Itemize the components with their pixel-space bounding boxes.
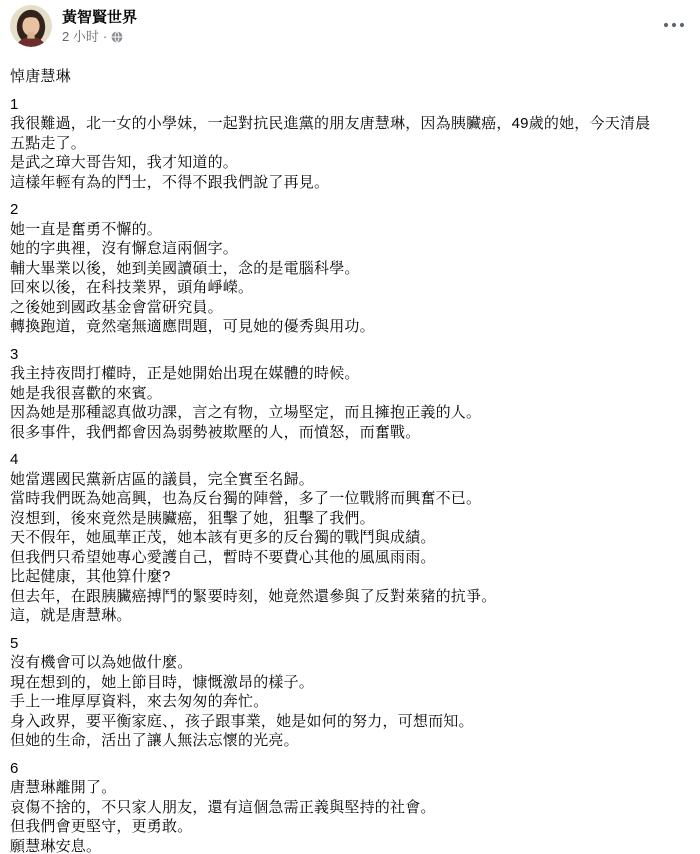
post-content: 悼唐慧琳 1 我很難過，北一女的小學妹，一起對抗民進黨的朋友唐慧琳，因為胰臟癌，… bbox=[0, 52, 700, 854]
post-section-3: 3 我主持夜問打權時，正是她開始出現在媒體的時候。 她是我很喜歡的來賓。 因為她… bbox=[10, 345, 690, 443]
post-meta: 2 小时 · bbox=[62, 29, 137, 45]
post-title: 悼唐慧琳 bbox=[10, 67, 690, 87]
meta-separator: · bbox=[103, 29, 107, 45]
avatar-image bbox=[10, 5, 52, 47]
timestamp[interactable]: 2 小时 bbox=[62, 29, 99, 45]
post-section-2: 2 她一直是奮勇不懈的。 她的字典裡，沒有懈怠這兩個字。 輔大畢業以後，她到美國… bbox=[10, 200, 690, 337]
header-text: 黃智賢世界 2 小时 · bbox=[62, 5, 137, 45]
post-section-1: 1 我很難過，北一女的小學妹，一起對抗民進黨的朋友唐慧琳，因為胰臟癌，49歲的她… bbox=[10, 95, 690, 193]
post-section-4: 4 她當選國民黨新店區的議員，完全實至名歸。 當時我們既為她高興，也為反台獨的陣… bbox=[10, 450, 690, 626]
post-header: 黃智賢世界 2 小时 · bbox=[0, 0, 700, 52]
page-name-link[interactable]: 黃智賢世界 bbox=[62, 8, 137, 27]
globe-public-icon bbox=[111, 31, 123, 43]
avatar[interactable] bbox=[10, 5, 52, 47]
ellipsis-horizontal-icon bbox=[663, 22, 685, 28]
facebook-post: 黃智賢世界 2 小时 · 悼唐慧琳 1 我很難過，北一女的小學 bbox=[0, 0, 700, 854]
more-options-button[interactable] bbox=[660, 14, 688, 36]
post-section-6: 6 唐慧琳離開了。 哀傷不捨的，不只家人朋友，還有這個急需正義與堅持的社會。 但… bbox=[10, 759, 690, 854]
post-section-5: 5 沒有機會可以為她做什麼。 現在想到的，她上節目時，慷慨激昂的樣子。 手上一堆… bbox=[10, 634, 690, 751]
